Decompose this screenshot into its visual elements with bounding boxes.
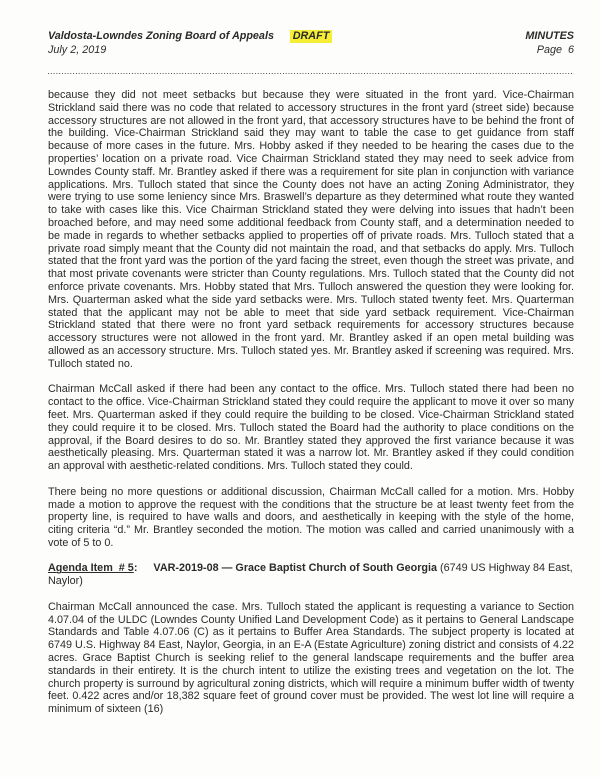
meeting-date: July 2, 2019 <box>48 44 106 57</box>
document-header: Valdosta-Lowndes Zoning Board of Appeals… <box>48 30 574 43</box>
agenda-item-colon: : <box>134 562 138 574</box>
dotted-separator <box>48 72 574 74</box>
paragraph-case-announcement: Chairman McCall announced the case. Mrs.… <box>48 601 574 716</box>
organization-title: Valdosta-Lowndes Zoning Board of Appeals <box>48 30 290 43</box>
draft-watermark: DRAFT <box>290 30 333 43</box>
agenda-item-label: Agenda Item # 5 <box>48 562 134 574</box>
paragraph-office-contact: Chairman McCall asked if there had been … <box>48 383 574 473</box>
page-number-label: Page 6 <box>537 44 574 57</box>
minutes-body: because they did not meet setbacks but b… <box>48 89 574 716</box>
paragraph-motion-vote: There being no more questions or additio… <box>48 486 574 550</box>
document-type-label: MINUTES <box>332 30 574 43</box>
agenda-case-title: VAR-2019-08 — Grace Baptist Church of So… <box>153 562 437 574</box>
paragraph-discussion-setbacks: because they did not meet setbacks but b… <box>48 89 574 371</box>
minutes-document-page: Valdosta-Lowndes Zoning Board of Appeals… <box>0 0 600 777</box>
document-subheader: July 2, 2019 Page 6 <box>48 44 574 57</box>
agenda-item-heading: Agenda Item # 5:VAR-2019-08 — Grace Bapt… <box>48 562 574 588</box>
